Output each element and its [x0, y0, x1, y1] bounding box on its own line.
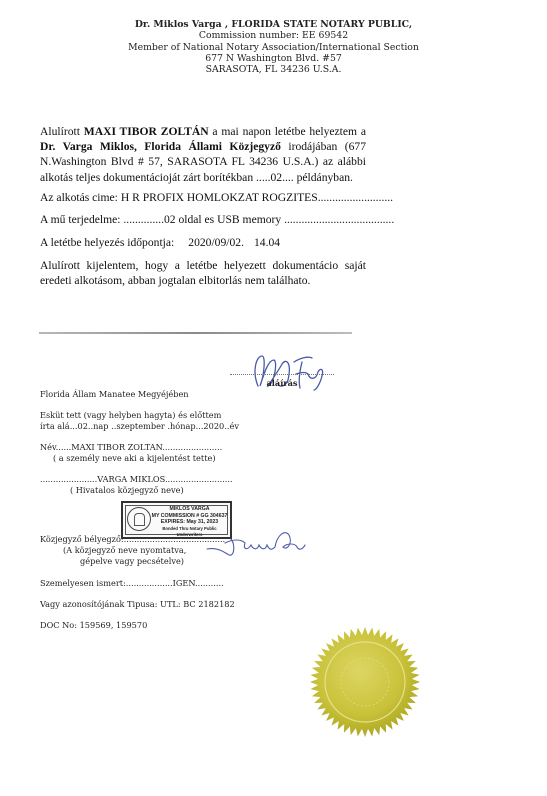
county-label: Florida Állam Manatee Megyéjében — [40, 389, 189, 399]
sworn-line-2: írta alá...02..nap ..szeptember .hónap..… — [40, 421, 239, 431]
address-city: SARASOTA, FL 34236 U.S.A. — [0, 64, 547, 75]
id-type: Vagy azonosítójának Tipusa: UTL: BC 2182… — [40, 599, 235, 609]
declaration-text: Alulírott — [40, 125, 84, 138]
deposit-date-row: A letétbe helyezés időpontja:2020/09/02.… — [40, 236, 280, 249]
signature-line — [230, 374, 334, 375]
deposit-declaration: Alulírott MAXI TIBOR ZOLTÁN a mai napon … — [40, 124, 366, 185]
declaration-text: a mai napon letétbe helyeztem a — [209, 125, 366, 138]
document-number: DOC No: 159569, 159570 — [40, 620, 147, 630]
work-scope-row: A mű terjedelme: ..............02 oldal … — [40, 213, 394, 226]
deposit-date-value: 2020/09/02. — [188, 236, 244, 249]
depositor-name-line: Név......MAXI TIBOR ZOLTAN..............… — [40, 442, 222, 452]
deposit-time-value: 14.04 — [254, 236, 280, 249]
membership: Member of National Notary Association/In… — [0, 42, 547, 53]
notary-signature — [205, 525, 315, 561]
work-scope-label: A mű terjedelme: — [40, 213, 123, 226]
stamp-caption-2: gépelve vagy pecsételve) — [80, 556, 184, 566]
divider-line — [39, 332, 352, 334]
work-title-label: Az alkotás cime: — [40, 191, 121, 204]
address-street: 677 N Washington Blvd. #57 — [0, 53, 547, 64]
notary-letterhead: Dr. Miklos Varga , FLORIDA STATE NOTARY … — [0, 19, 547, 75]
state-seal-icon — [127, 507, 151, 531]
personally-known: Szemelyesen ismert:..................IGE… — [40, 578, 224, 588]
stamp-caption-1: (A közjegyző neve nyomtatva, — [63, 545, 186, 555]
depositor-name: MAXI TIBOR ZOLTÁN — [84, 125, 209, 138]
notary-name-caption: ( Hivatalos közjegyző neve) — [70, 485, 184, 495]
gold-embossed-seal-icon — [309, 626, 421, 738]
stamp-commission: MY COMMISSION # GG 304637 — [151, 513, 228, 520]
notary-name-line: ......................VARGA MIKLOS......… — [40, 474, 233, 484]
work-scope-value: ..............02 oldal es USB memory ...… — [123, 213, 394, 226]
notary-name: Dr. Varga Miklos, Florida Állami Közjegy… — [40, 140, 281, 153]
work-title-value: H R PROFIX HOMLOKZAT ROGZITES...........… — [121, 191, 393, 204]
sworn-line-1: Esküt tett (vagy helyben hagyta) és előt… — [40, 410, 221, 420]
stamp-notary-name: MIKLOS VARGA — [151, 506, 228, 513]
deposit-date-label: A letétbe helyezés időpontja: — [40, 236, 174, 249]
commission-number: Commission number: EE 69542 — [0, 30, 547, 41]
work-title-row: Az alkotás cime: H R PROFIX HOMLOKZAT RO… — [40, 191, 393, 204]
notary-name-title: Dr. Miklos Varga , FLORIDA STATE NOTARY … — [0, 19, 547, 30]
signature-label: aláírás — [230, 378, 334, 388]
originality-statement: Alulírott kijelentem, hogy a letétbe hel… — [40, 258, 366, 288]
stamp-label: Közjegyző bélyegző:.....................… — [40, 534, 225, 544]
depositor-name-caption: ( a személy neve aki a kijelentést tette… — [53, 453, 216, 463]
